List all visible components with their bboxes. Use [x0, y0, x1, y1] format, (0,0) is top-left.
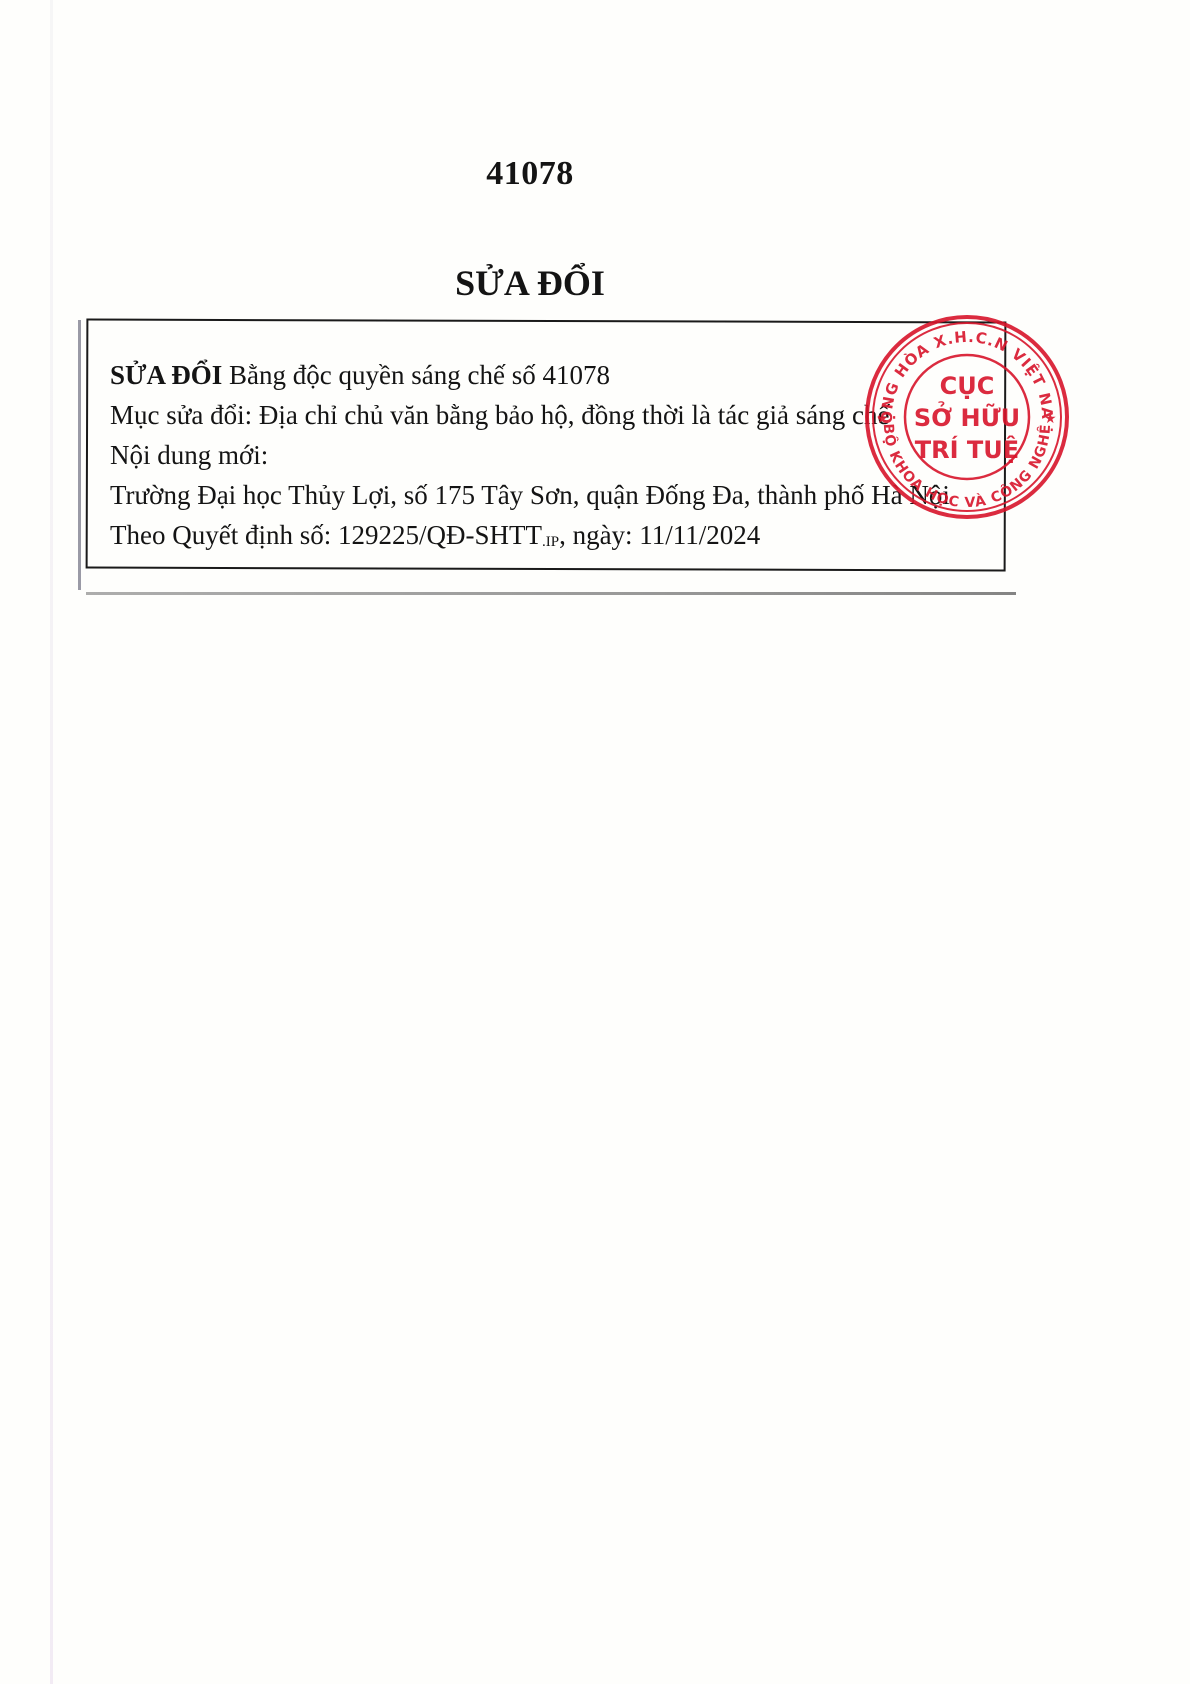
- decision-suffix: .IP: [542, 534, 559, 550]
- svg-text:CỤC: CỤC: [940, 372, 995, 400]
- svg-text:★: ★: [876, 411, 889, 427]
- amendment-subject: Bằng độc quyền sáng chế số 41078: [222, 360, 610, 390]
- seal-icon: CỘNG HÒA X.H.C.N VIỆT NAM BỘ KHOA HỌC VÀ…: [862, 312, 1072, 522]
- patent-number: 41078: [0, 155, 1060, 193]
- new-address: Trường Đại học Thủy Lợi, số 175 Tây Sơn,…: [110, 475, 950, 515]
- svg-text:★: ★: [1044, 411, 1057, 427]
- page-title: SỬA ĐỔI: [0, 262, 1060, 304]
- paper-edge-shadow-bottom: [86, 592, 1016, 595]
- scan-edge: [50, 0, 53, 1684]
- amendment-content: SỬA ĐỔI Bằng độc quyền sáng chế số 41078…: [110, 355, 950, 562]
- amendment-title-line: SỬA ĐỔI Bằng độc quyền sáng chế số 41078: [110, 355, 950, 395]
- decision-reference: Theo Quyết định số: 129225/QĐ-SHTT.IP, n…: [110, 515, 950, 562]
- official-seal-stamp: CỘNG HÒA X.H.C.N VIỆT NAM BỘ KHOA HỌC VÀ…: [862, 312, 1072, 522]
- decision-date: , ngày: 11/11/2024: [559, 520, 760, 550]
- paper-edge-shadow: [78, 320, 81, 590]
- decision-number: Theo Quyết định số: 129225/QĐ-SHTT: [110, 520, 542, 550]
- svg-text:SỞ HỮU: SỞ HỮU: [914, 399, 1020, 432]
- new-content-label: Nội dung mới:: [110, 435, 950, 475]
- svg-text:TRÍ TUỆ: TRÍ TUỆ: [915, 434, 1019, 464]
- amendment-item: Mục sửa đổi: Địa chỉ chủ văn bằng bảo hộ…: [110, 395, 950, 435]
- amendment-label: SỬA ĐỔI: [110, 360, 222, 390]
